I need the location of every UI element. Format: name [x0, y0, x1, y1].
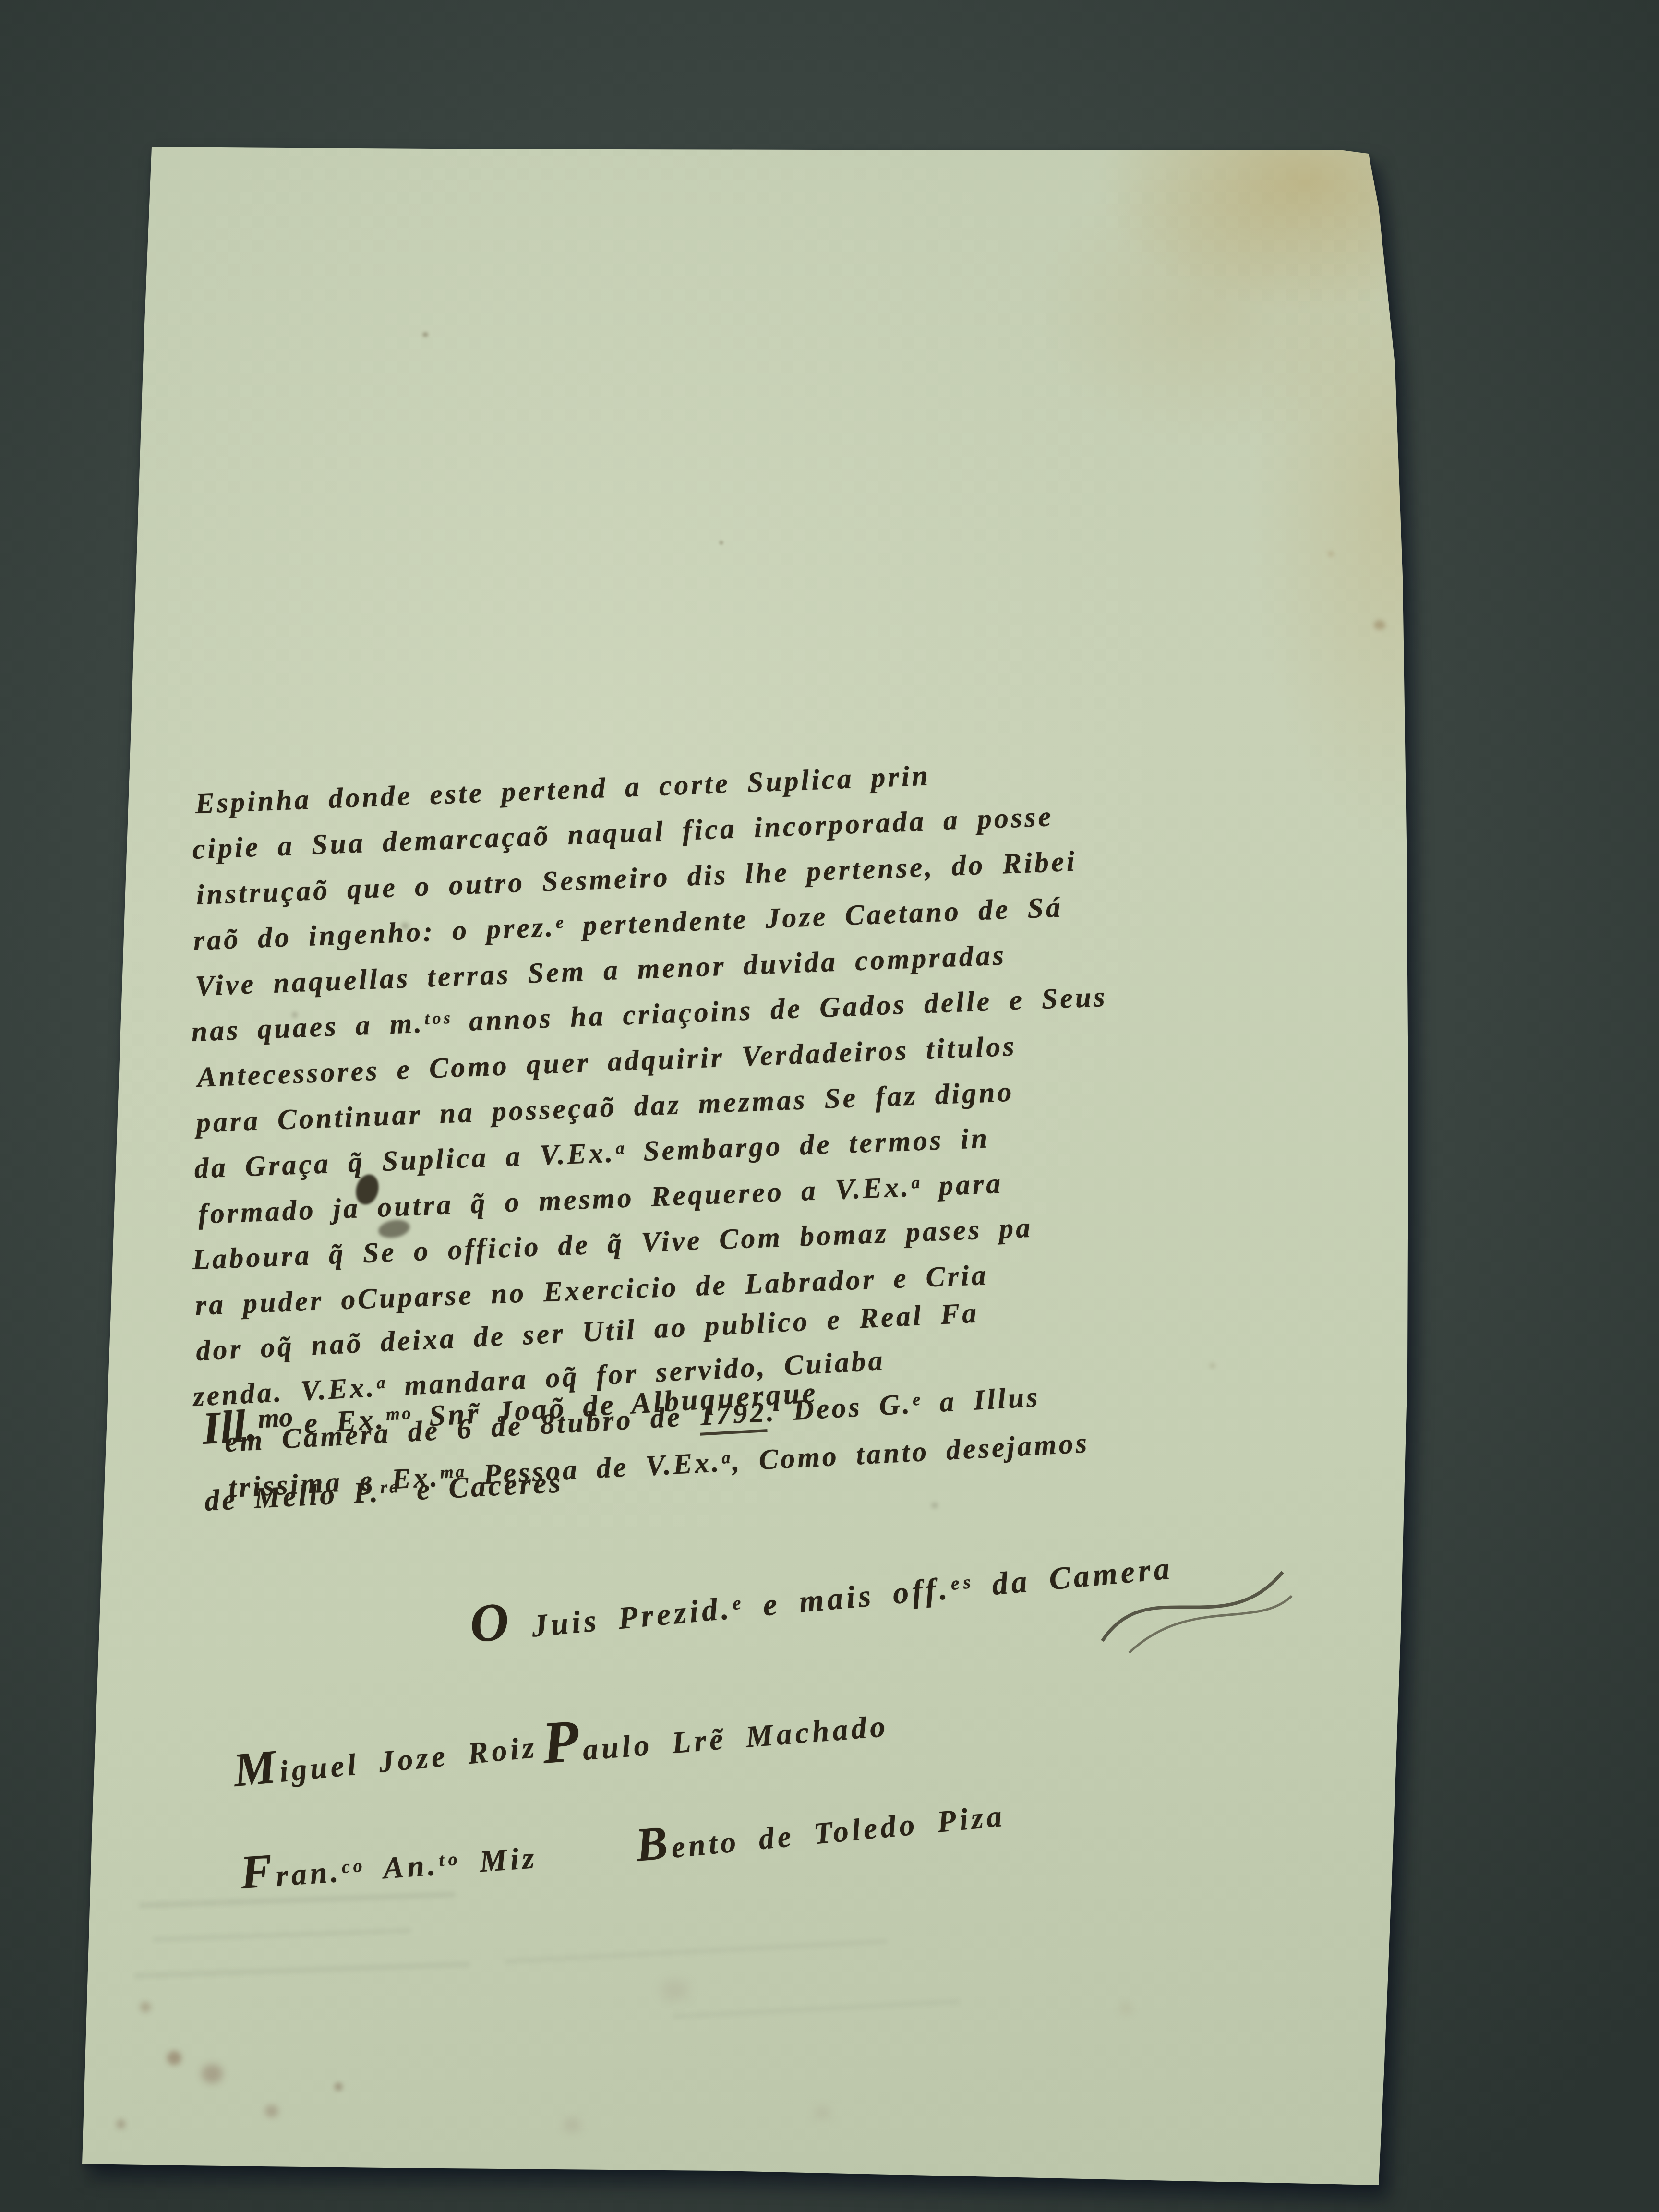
paper-speck	[401, 923, 409, 929]
foxing-spot	[563, 2118, 582, 2132]
signature-paulo-machado: Paulo Lrẽ Machado	[540, 1682, 890, 1778]
foxing-spot	[265, 2105, 278, 2117]
showthrough-line	[672, 1999, 960, 2019]
foxing-spot	[202, 2064, 223, 2083]
showthrough-line	[504, 1939, 888, 1964]
foxing-spot	[814, 2106, 830, 2119]
paper-surface: Espinha donde este pertend a corte Supli…	[0, 0, 1659, 2212]
paper-speck	[292, 1012, 298, 1018]
honorific-illmo: Ill.ᵐᵒ	[201, 1405, 293, 1447]
signature-miguel-joze-roiz: Miguel Joze Roiz	[231, 1715, 539, 1798]
signature-francisco-anto-miz: Fran.ᶜᵒ An.ᵗᵒ Miz	[239, 1825, 539, 1900]
paper-speck	[422, 332, 428, 337]
foxing-spot	[334, 2082, 343, 2091]
showthrough-line	[134, 1961, 470, 1979]
paper-speck	[1374, 620, 1385, 630]
foxing-spot	[140, 2002, 151, 2012]
foxing-spot	[661, 1980, 689, 2001]
foxing-spot	[1119, 2003, 1133, 2014]
manuscript-page: Espinha donde este pertend a corte Supli…	[0, 0, 1659, 2212]
paper-speck	[719, 541, 723, 545]
paper-speck	[1328, 551, 1334, 557]
paper-speck	[931, 1503, 938, 1508]
foxing-spot	[167, 2051, 181, 2065]
paper-speck	[1210, 1363, 1215, 1368]
showthrough-line	[153, 1928, 412, 1942]
foxing-spot	[116, 2119, 126, 2129]
signature-bento-toledo-piza: Bento de Toledo Piza	[633, 1783, 1007, 1873]
council-officials-line: O Juis Prezid.ᵉ e mais off.ᵉˢ da Camera	[467, 1530, 1175, 1656]
